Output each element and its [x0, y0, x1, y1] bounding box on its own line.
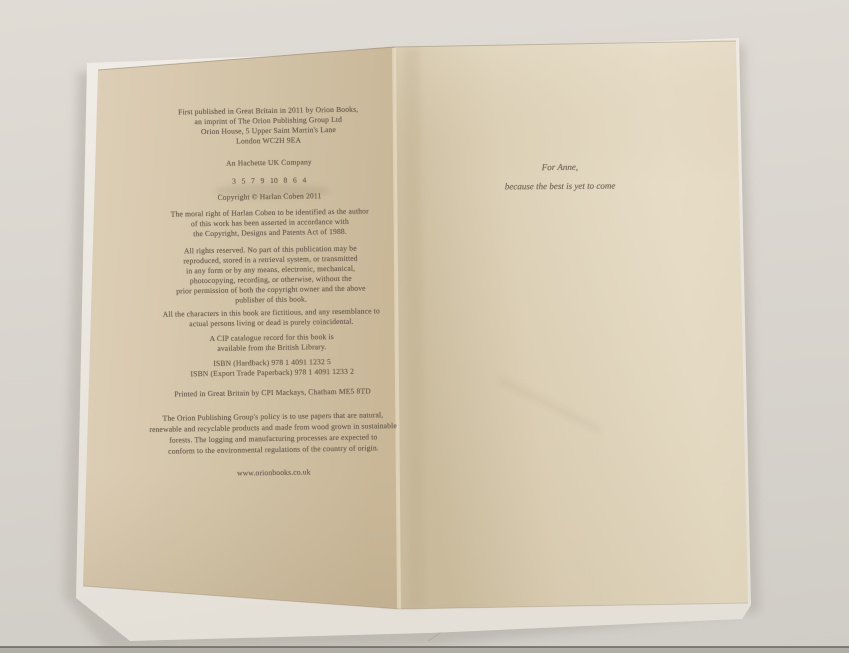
hachette-company-line: An Hachette UK Company	[138, 156, 400, 170]
dedication-lines: For Anne, because the best is yet to com…	[445, 157, 675, 197]
rights-reserved-text: All rights reserved. No part of this pub…	[139, 243, 402, 307]
isbn-text: ISBN (Hardback) 978 1 4091 1232 5 ISBN (…	[141, 356, 403, 380]
book-shapes	[0, 0, 849, 653]
copyright-page-text: First published in Great Britain in 2011…	[137, 104, 405, 480]
printed-in-text: Printed in Great Britain by CPI Mackays,…	[142, 386, 404, 400]
open-book-photo: First published in Great Britain in 2011…	[0, 0, 849, 653]
copyright-line: Copyright © Harlan Coben 2011	[138, 190, 400, 204]
table-edge	[0, 647, 849, 653]
moral-rights-text: The moral right of Harlan Coben to be id…	[139, 206, 401, 240]
publisher-imprint-text: First published in Great Britain in 2011…	[137, 104, 400, 148]
cip-record-text: A CIP catalogue record for this book is …	[141, 331, 403, 355]
fictitious-disclaimer-text: All the characters in this book are fict…	[140, 306, 402, 330]
paper-policy-text: The Orion Publishing Group's policy is t…	[128, 409, 419, 458]
right-page-shading	[394, 41, 748, 609]
printers-key: 3 5 7 9 10 8 6 4	[138, 174, 400, 188]
dedication-text: For Anne, because the best is yet to com…	[445, 157, 675, 197]
